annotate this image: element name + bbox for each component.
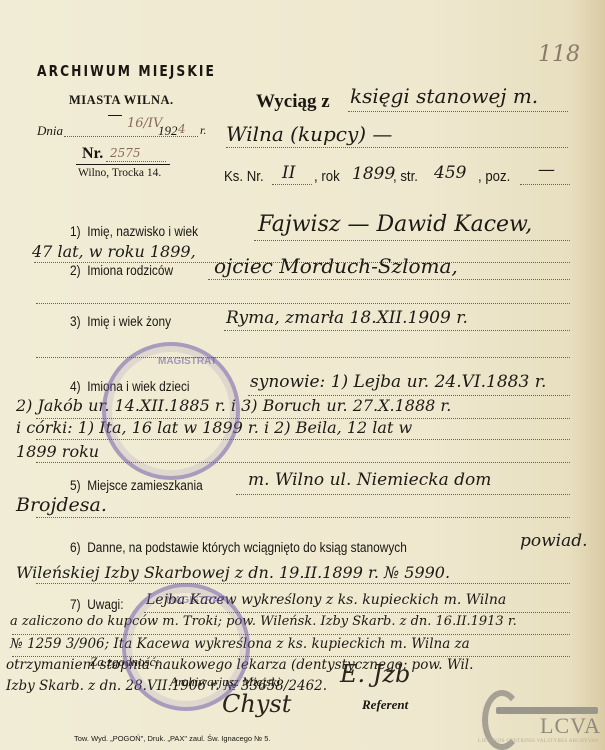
field-7-dotted-line-2: [12, 634, 570, 635]
document-page: 118 ARCHIWUM MIEJSKIE MIASTA WILNA. Dnia…: [0, 0, 605, 750]
field-7-value-2: a zaliczono do kupców m. Troki; pow. Wil…: [10, 614, 517, 629]
archivist-signature: Chyst: [222, 690, 291, 718]
field-6-number: 6): [70, 540, 81, 555]
number-underline: [76, 164, 170, 165]
field-2-dotted-line-2: [36, 303, 570, 304]
magistrat-stamp-1: MAGISTRAT: [102, 342, 240, 480]
header-divider: [108, 115, 122, 116]
date-year-printed: 192: [158, 123, 178, 139]
field-6-value-2: Wileńskiej Izby Skarbowej z dn. 19.II.18…: [16, 563, 450, 582]
field-7-label: 7) Uwagi:: [70, 597, 124, 612]
extract-title-label: Wyciąg z: [256, 91, 330, 113]
field-3-dotted-line-2: [36, 357, 570, 358]
title-dotted-line-1: [348, 111, 568, 112]
field-7-number: 7): [70, 597, 81, 612]
field-5-value-1: m. Wilno ul. Niemiecka dom: [248, 470, 491, 490]
field-4-value-4: 1899 roku: [16, 442, 99, 461]
magistrat-stamp-2: MAGISTRAT: [122, 583, 250, 711]
field-2-text: Imiona rodziców: [87, 263, 173, 278]
field-6-dotted-line: [36, 583, 570, 584]
rok-value: 1899: [352, 164, 395, 184]
referent-label: Referent: [362, 697, 408, 713]
date-year-handwritten: 4: [178, 122, 186, 136]
field-3-number: 3): [70, 314, 81, 329]
field-5-dotted-line-1: [236, 494, 570, 495]
field-1-number: 1): [70, 224, 81, 239]
ks-nr-dotted-line: [272, 184, 312, 185]
field-3-text: Imię i wiek żony: [87, 314, 171, 329]
ks-nr-value: II: [282, 163, 295, 183]
poz-dotted-line: [520, 184, 570, 185]
str-label: , str.: [393, 168, 418, 185]
number-label: Nr.: [82, 145, 103, 163]
field-5-number: 5): [70, 478, 81, 493]
archive-subtitle: MIASTA WILNA.: [69, 93, 174, 108]
field-3-dotted-line: [224, 330, 570, 331]
stamp-1-text: MAGISTRAT: [158, 356, 217, 367]
field-4-value-1: synowie: 1) Lejba ur. 24.VI.1883 r.: [250, 372, 546, 392]
number-handwritten: 2575: [110, 146, 141, 160]
str-value: 459: [434, 163, 466, 183]
field-2-label: 2) Imiona rodziców: [70, 263, 173, 278]
field-3-value: Ryma, zmarła 18.XII.1909 r.: [226, 308, 468, 328]
date-label: Dnia: [37, 123, 63, 139]
field-2-value: ojciec Morduch-Szloma,: [214, 254, 458, 278]
poz-value: —: [538, 160, 555, 180]
rok-label: , rok: [314, 168, 340, 185]
printer-line: Tow. Wyd. „POGOŃ", Druk. „PAX" zaul. Św.…: [74, 734, 271, 743]
field-5-dotted-line-2: [36, 517, 570, 518]
field-1-text: Imię, nazwisko i wiek: [87, 224, 198, 239]
field-1-value-2: 47 lat, w roku 1899,: [32, 242, 196, 261]
field-5-text: Miejsce zamieszkania: [87, 478, 203, 493]
field-2-number: 2): [70, 263, 81, 278]
ks-nr-label: Ks. Nr.: [224, 168, 264, 185]
field-4-number: 4): [70, 379, 81, 394]
extract-title-handwritten-2: Wilna (kupcy) —: [226, 122, 392, 146]
number-dotted-line: [106, 161, 166, 162]
field-2-dotted-line: [208, 279, 570, 280]
field-4-dotted-line-4: [36, 462, 570, 463]
stamp-2-text: MAGISTRAT: [166, 595, 225, 606]
field-6-label: 6) Danne, na podstawie których wciągnięt…: [70, 540, 407, 555]
archive-title: ARCHIWUM MIEJSKIE: [37, 62, 216, 80]
field-7-text: Uwagi:: [87, 597, 123, 612]
field-1-value-1: Fajwisz — Dawid Kacew,: [258, 212, 532, 237]
field-5-value-2: Brojdesa.: [16, 494, 107, 516]
field-1-dotted-line-1: [254, 240, 570, 241]
title-dotted-line-2: [226, 147, 568, 148]
address: Wilno, Trocka 14.: [78, 167, 161, 179]
field-3-label: 3) Imię i wiek żony: [70, 314, 171, 329]
referent-signature: E. Jzb: [340, 660, 410, 688]
field-6-text: Danne, na podstawie których wciągnięto d…: [87, 540, 407, 555]
field-6-value-1: powiad.: [520, 531, 588, 551]
date-suffix: r.: [200, 123, 206, 138]
field-1-label: 1) Imię, nazwisko i wiek: [70, 224, 198, 239]
lcva-logo-text: LCVA: [540, 713, 601, 739]
extract-title-handwritten-1: księgi stanowej m.: [350, 84, 538, 108]
lcva-caption: LIETUVOS CENTRINIS VALSTYBĖS ARCHYVAS: [478, 739, 598, 744]
field-5-label: 5) Miejsce zamieszkania: [70, 478, 203, 493]
page-number-pencil: 118: [538, 42, 580, 67]
poz-label: , poz.: [478, 168, 510, 185]
